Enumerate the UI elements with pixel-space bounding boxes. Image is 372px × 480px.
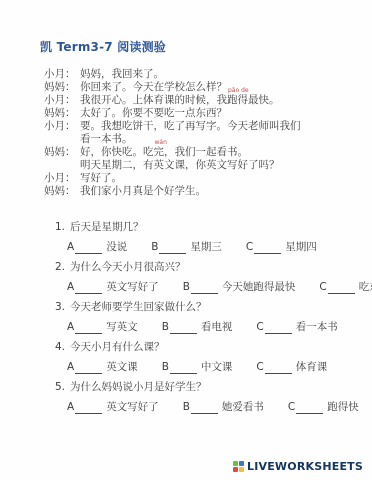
option-label: C <box>288 401 295 414</box>
question-line: 1. 后天是星期几？ <box>55 221 360 234</box>
answer-blank[interactable] <box>265 324 292 334</box>
answer-option-b: B星期三 <box>151 241 222 254</box>
speaker-label: 小月： <box>44 94 80 107</box>
answer-blank[interactable] <box>191 284 218 294</box>
option-text: 她爱看书 <box>222 401 264 414</box>
option-text: 星期四 <box>285 241 317 254</box>
dialogue-line: 小月： 妈妈，我回来了。 <box>44 68 360 81</box>
annotated-word: pǎo de跑得 <box>227 94 248 106</box>
answer-option-c: C看一本书 <box>256 321 337 334</box>
answer-blank[interactable] <box>75 404 102 414</box>
question-number: 1. <box>55 221 65 234</box>
answer-blank[interactable] <box>75 364 102 374</box>
liveworksheets-logo-icon <box>233 461 244 472</box>
answer-option-a: A英文课 <box>67 361 138 374</box>
question-text: 为什么妈妈说小月是好学生？ <box>70 381 207 394</box>
option-text: 英文写好了 <box>106 281 159 294</box>
dialogue-text: 写好了。 <box>80 172 360 185</box>
answer-option-c: C体育课 <box>256 361 327 374</box>
answer-blank[interactable] <box>75 284 102 294</box>
dialogue-line: 看一本书。 <box>44 133 360 146</box>
speaker-label: 小月： <box>44 120 80 133</box>
dialogue-text: 我们家小月真是个好学生。 <box>80 185 360 198</box>
dialogue-text-segment: 完 <box>154 146 165 158</box>
answer-option-a: A没说 <box>67 241 127 254</box>
dialogue-text: 太好了。你要不要吃一点东西？ <box>80 107 360 120</box>
annotated-word: wán完 <box>154 146 165 158</box>
dialogue-line: 妈妈： 好，你快吃。吃wán完，我们一起看书。 <box>44 146 360 159</box>
option-label: B <box>151 241 158 254</box>
option-text: 英文写好了 <box>106 401 159 414</box>
options-row: A写英文 B看电视 C看一本书 <box>67 321 360 334</box>
question-4: 4. 今天小月有什么课？ A英文课 B中文课 C体育课 <box>55 341 360 374</box>
question-text: 今天小月有什么课？ <box>70 341 165 354</box>
answer-option-c: C星期四 <box>246 241 317 254</box>
dialogue-line: 妈妈： 你回来了。今天在学校怎么样？ <box>44 81 360 94</box>
dialogue-text: 看一本书。 <box>80 133 360 146</box>
question-5: 5. 为什么妈妈说小月是好学生？ A英文写好了 B她爱看书 C跑得快 <box>55 381 360 414</box>
question-number: 4. <box>55 341 65 354</box>
option-text: 看电视 <box>201 321 233 334</box>
dialogue-text: 我很开心。上体育课的时候，我pǎo de跑得最快。 <box>80 94 360 107</box>
liveworksheets-brand-text: LIVEWORKSHEETS <box>247 460 363 473</box>
question-number: 3. <box>55 301 65 314</box>
dialogue-line: 小月： 写好了。 <box>44 172 360 185</box>
logo-tile-red <box>233 467 238 472</box>
answer-option-a: A英文写好了 <box>67 401 159 414</box>
option-label: B <box>183 401 190 414</box>
answer-option-c: C跑得快 <box>288 401 359 414</box>
questions-block: 1. 后天是星期几？ A没说 B星期三 C星期四 2. 为什么今天小月很高兴？ … <box>55 221 360 421</box>
dialogue-text: 要。我想吃饼干，吃了再写字。今天老师叫我们 <box>80 120 360 133</box>
answer-blank[interactable] <box>159 244 186 254</box>
answer-blank[interactable] <box>265 364 292 374</box>
speaker-label: 妈妈： <box>44 146 80 159</box>
option-label: B <box>183 281 190 294</box>
option-label: B <box>162 361 169 374</box>
question-number: 5. <box>55 381 65 394</box>
dialogue-text-segment: 我很开心。上体育课的时候，我 <box>80 94 227 106</box>
dialogue-text: 你回来了。今天在学校怎么样？ <box>80 81 360 94</box>
answer-blank[interactable] <box>170 324 197 334</box>
dialogue-line: 明天星期二，有英文课，你英文写好了吗？ <box>44 159 360 172</box>
options-row: A没说 B星期三 C星期四 <box>67 241 360 254</box>
question-text: 今天老师要学生回家做什么？ <box>70 301 207 314</box>
question-1: 1. 后天是星期几？ A没说 B星期三 C星期四 <box>55 221 360 254</box>
answer-blank[interactable] <box>170 364 197 374</box>
option-label: A <box>67 241 74 254</box>
answer-option-a: A英文写好了 <box>67 281 159 294</box>
option-label: C <box>246 241 253 254</box>
answer-option-b: B中文课 <box>162 361 233 374</box>
question-line: 4. 今天小月有什么课？ <box>55 341 360 354</box>
option-text: 写英文 <box>106 321 138 334</box>
dialogue-line: 小月： 要。我想吃饼干，吃了再写字。今天老师叫我们 <box>44 120 360 133</box>
worksheet-title: 凯 Term3-7 阅读测验 <box>40 38 166 55</box>
option-label: A <box>67 401 74 414</box>
dialogue-block: 小月： 妈妈，我回来了。 妈妈： 你回来了。今天在学校怎么样？ 小月： 我很开心… <box>44 68 360 198</box>
dialogue-text: 妈妈，我回来了。 <box>80 68 360 81</box>
option-label: A <box>67 361 74 374</box>
speaker-label: 小月： <box>44 172 80 185</box>
question-3: 3. 今天老师要学生回家做什么？ A写英文 B看电视 C看一本书 <box>55 301 360 334</box>
question-line: 5. 为什么妈妈说小月是好学生？ <box>55 381 360 394</box>
option-label: C <box>256 321 263 334</box>
answer-blank[interactable] <box>75 324 102 334</box>
logo-tile-blue <box>239 461 244 466</box>
speaker-label <box>44 159 80 172</box>
answer-blank[interactable] <box>254 244 281 254</box>
speaker-label: 妈妈： <box>44 107 80 120</box>
option-text: 没说 <box>106 241 127 254</box>
worksheet-page: 凯 Term3-7 阅读测验 小月： 妈妈，我回来了。 妈妈： 你回来了。今天在… <box>0 0 372 480</box>
dialogue-line: 妈妈： 太好了。你要不要吃一点东西？ <box>44 107 360 120</box>
speaker-label: 妈妈： <box>44 185 80 198</box>
liveworksheets-footer[interactable]: LIVEWORKSHEETS <box>233 460 363 473</box>
dialogue-line: 小月： 我很开心。上体育课的时候，我pǎo de跑得最快。 <box>44 94 360 107</box>
options-row: A英文写好了 B今天她跑得最快 C吃东西 <box>67 281 360 294</box>
pinyin-annotation: pǎo de <box>228 88 249 94</box>
question-line: 3. 今天老师要学生回家做什么？ <box>55 301 360 314</box>
dialogue-text-segment: 好，你快吃。吃 <box>80 146 154 158</box>
speaker-label: 妈妈： <box>44 81 80 94</box>
question-text: 为什么今天小月很高兴？ <box>70 261 186 274</box>
option-label: B <box>162 321 169 334</box>
speaker-label: 小月： <box>44 68 80 81</box>
options-row: A英文写好了 B她爱看书 C跑得快 <box>67 401 360 414</box>
option-text: 星期三 <box>190 241 222 254</box>
option-text: 英文课 <box>106 361 138 374</box>
logo-tile-yellow <box>239 467 244 472</box>
question-line: 2. 为什么今天小月很高兴？ <box>55 261 360 274</box>
answer-option-a: A写英文 <box>67 321 138 334</box>
option-label: A <box>67 281 74 294</box>
answer-blank[interactable] <box>296 404 323 414</box>
answer-option-b: B今天她跑得最快 <box>183 281 296 294</box>
option-text: 吃东西 <box>359 281 372 294</box>
dialogue-text-segment: ，我们一起看书。 <box>164 146 248 158</box>
answer-blank[interactable] <box>191 404 218 414</box>
option-label: A <box>67 321 74 334</box>
option-text: 体育课 <box>296 361 328 374</box>
dialogue-text: 明天星期二，有英文课，你英文写好了吗？ <box>80 159 360 172</box>
speaker-label <box>44 133 80 146</box>
options-row: A英文课 B中文课 C体育课 <box>67 361 360 374</box>
option-text: 跑得快 <box>327 401 359 414</box>
option-text: 今天她跑得最快 <box>222 281 296 294</box>
answer-option-b: B她爱看书 <box>183 401 264 414</box>
answer-option-c: C吃东西 <box>319 281 372 294</box>
pinyin-annotation: wán <box>155 140 167 146</box>
question-text: 后天是星期几？ <box>70 221 144 234</box>
dialogue-text: 好，你快吃。吃wán完，我们一起看书。 <box>80 146 360 159</box>
logo-tile-green <box>233 461 238 466</box>
answer-blank[interactable] <box>75 244 102 254</box>
answer-blank[interactable] <box>328 284 355 294</box>
question-2: 2. 为什么今天小月很高兴？ A英文写好了 B今天她跑得最快 C吃东西 <box>55 261 360 294</box>
option-text: 看一本书 <box>296 321 338 334</box>
option-label: C <box>256 361 263 374</box>
question-number: 2. <box>55 261 65 274</box>
dialogue-line: 妈妈： 我们家小月真是个好学生。 <box>44 185 360 198</box>
dialogue-text-segment: 最快。 <box>248 94 280 106</box>
option-text: 中文课 <box>201 361 233 374</box>
answer-option-b: B看电视 <box>162 321 233 334</box>
dialogue-text-segment: 跑得 <box>227 94 248 106</box>
option-label: C <box>319 281 326 294</box>
